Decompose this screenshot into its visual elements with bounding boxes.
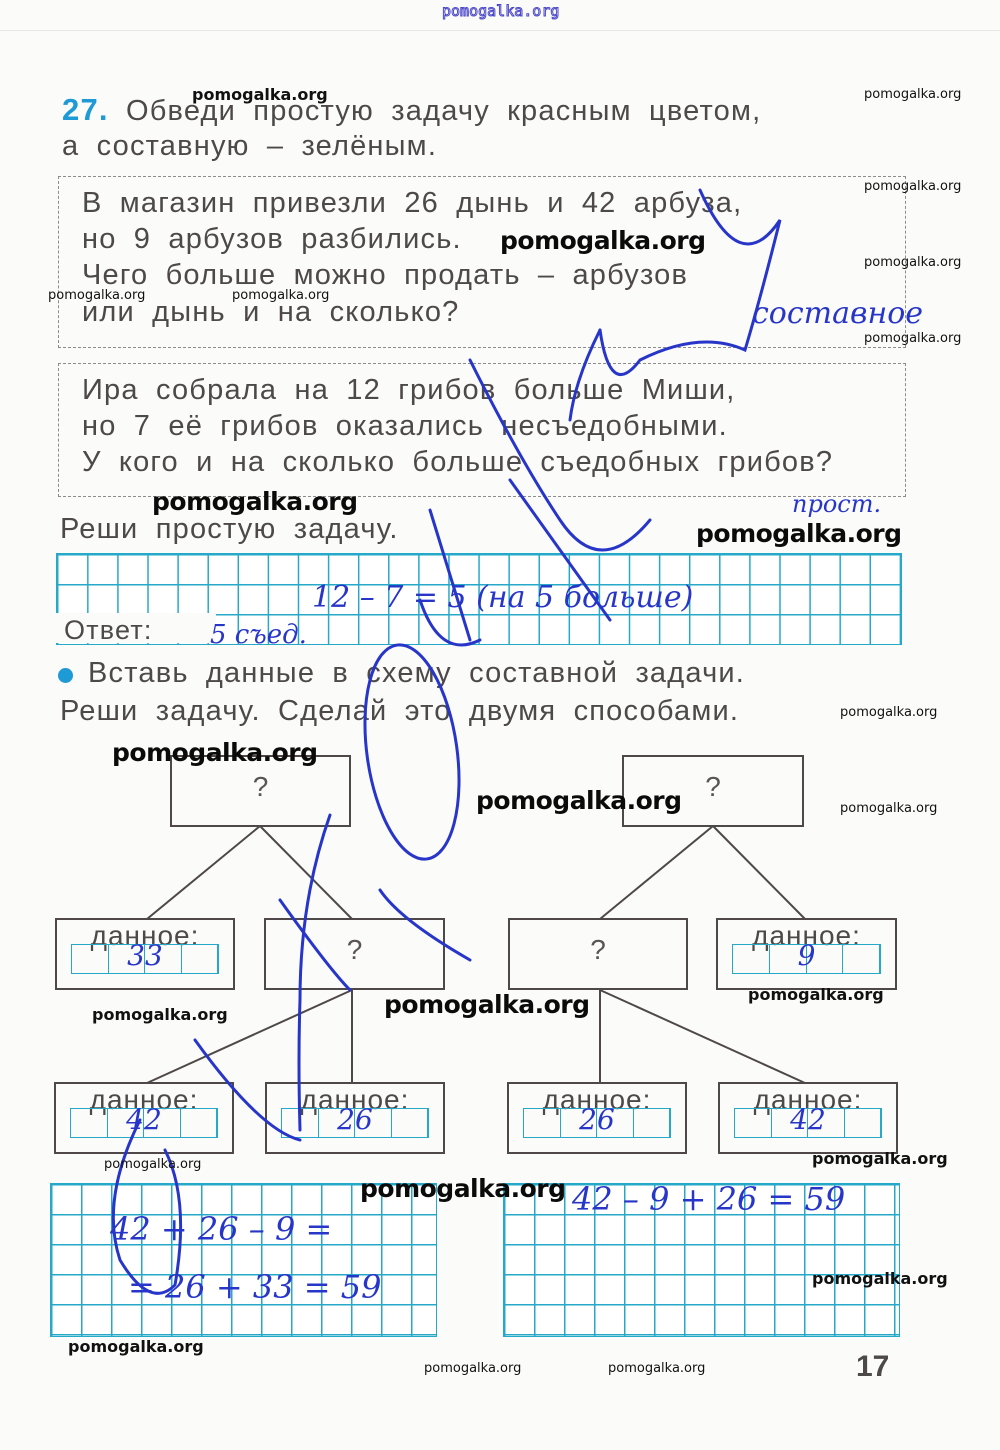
- problem-2-line: но 7 её грибов оказались несъедобными.: [82, 410, 728, 443]
- watermark: pomogalka.org: [232, 288, 329, 303]
- solution-right-line1: 42 – 9 + 26 = 59: [572, 1180, 845, 1218]
- simple-task-heading: Реши простую задачу.: [60, 513, 399, 546]
- exercise-number: 27.: [62, 92, 109, 127]
- watermark: pomogalka.org: [864, 179, 961, 194]
- simple-task-solution: 12 – 7 = 5 (на 5 больше): [312, 580, 693, 615]
- watermark: pomogalka.org: [500, 226, 706, 255]
- unknown-mark: ?: [172, 771, 349, 803]
- scheme-left-data-box[interactable]: данное: 26: [265, 1082, 445, 1154]
- watermark: pomogalka.org: [152, 487, 358, 516]
- scheme-right-data-box[interactable]: данное: 26: [507, 1082, 687, 1154]
- problem-1-line: Чего больше можно продать – арбузов: [82, 259, 688, 292]
- solution-grid-left[interactable]: [50, 1183, 437, 1337]
- watermark: pomogalka.org: [608, 1361, 705, 1376]
- exercise-instruction-line2: а составную – зелёным.: [62, 130, 437, 163]
- data-value: 26: [282, 1103, 428, 1136]
- problem-1-line: В магазин привезли 26 дынь и 42 арбуза,: [82, 187, 742, 220]
- answer-value: 5 съед.: [210, 620, 307, 650]
- data-input-cells[interactable]: 42: [734, 1108, 882, 1138]
- watermark: pomogalka.org: [864, 87, 961, 102]
- scheme-right-data-box[interactable]: данное: 9: [716, 918, 897, 990]
- data-input-cells[interactable]: 42: [70, 1108, 218, 1138]
- unknown-mark: ?: [510, 934, 686, 966]
- watermark: pomogalka.org: [92, 1005, 228, 1024]
- scheme-left-data-box[interactable]: данное: 33: [55, 918, 235, 990]
- watermark: pomogalka.org: [812, 1269, 948, 1288]
- problem-2-line: У кого и на сколько больше съедобных гри…: [82, 446, 833, 479]
- compound-task-line1: Вставь данные в схему составной задачи.: [88, 657, 745, 690]
- watermark: pomogalka.org: [48, 288, 145, 303]
- data-value: 33: [72, 939, 218, 972]
- scheme-left-intermediate-box[interactable]: ?: [264, 918, 445, 990]
- bullet-icon: [58, 668, 73, 683]
- data-input-cells[interactable]: 9: [732, 944, 881, 974]
- site-watermark-top: pomogalka.org: [442, 2, 559, 20]
- solution-left-line2: = 26 + 33 = 59: [128, 1268, 381, 1306]
- data-value: 9: [733, 939, 880, 972]
- problem-2-line: Ира собрала на 12 грибов больше Миши,: [82, 374, 736, 407]
- watermark: pomogalka.org: [68, 1337, 204, 1356]
- handwritten-note-simple: прост.: [792, 490, 881, 518]
- data-input-cells[interactable]: 26: [523, 1108, 671, 1138]
- watermark: pomogalka.org: [424, 1361, 521, 1376]
- watermark: pomogalka.org: [864, 331, 961, 346]
- unknown-mark: ?: [266, 934, 443, 966]
- watermark: pomogalka.org: [696, 519, 902, 548]
- data-value: 42: [71, 1103, 217, 1136]
- watermark: pomogalka.org: [812, 1149, 948, 1168]
- watermark: pomogalka.org: [112, 738, 318, 767]
- handwritten-note-compound: составное: [752, 296, 923, 331]
- watermark: pomogalka.org: [360, 1174, 566, 1203]
- watermark: pomogalka.org: [476, 786, 682, 815]
- watermark: pomogalka.org: [840, 705, 937, 720]
- page-number: 17: [856, 1350, 889, 1384]
- data-input-cells[interactable]: 26: [281, 1108, 429, 1138]
- scheme-right-intermediate-box[interactable]: ?: [508, 918, 688, 990]
- exercise-instruction-line1: 27. Обведи простую задачу красным цветом…: [62, 92, 761, 128]
- problem-1-line: но 9 арбузов разбились.: [82, 223, 462, 256]
- scheme-right-data-box[interactable]: данное: 42: [718, 1082, 898, 1154]
- data-value: 26: [524, 1103, 670, 1136]
- watermark: pomogalka.org: [104, 1157, 201, 1172]
- watermark: pomogalka.org: [840, 801, 937, 816]
- watermark: pomogalka.org: [192, 85, 328, 104]
- page-top-edge: [0, 30, 1000, 31]
- data-input-cells[interactable]: 33: [71, 944, 219, 974]
- watermark: pomogalka.org: [864, 255, 961, 270]
- watermark: pomogalka.org: [748, 985, 884, 1004]
- compound-task-line2: Реши задачу. Сделай это двумя способами.: [60, 695, 739, 728]
- watermark: pomogalka.org: [384, 990, 590, 1019]
- answer-label: Ответ:: [64, 615, 153, 646]
- scheme-left-data-box[interactable]: данное: 42: [54, 1082, 234, 1154]
- data-value: 42: [735, 1103, 881, 1136]
- solution-left-line1: 42 + 26 – 9 =: [110, 1210, 332, 1248]
